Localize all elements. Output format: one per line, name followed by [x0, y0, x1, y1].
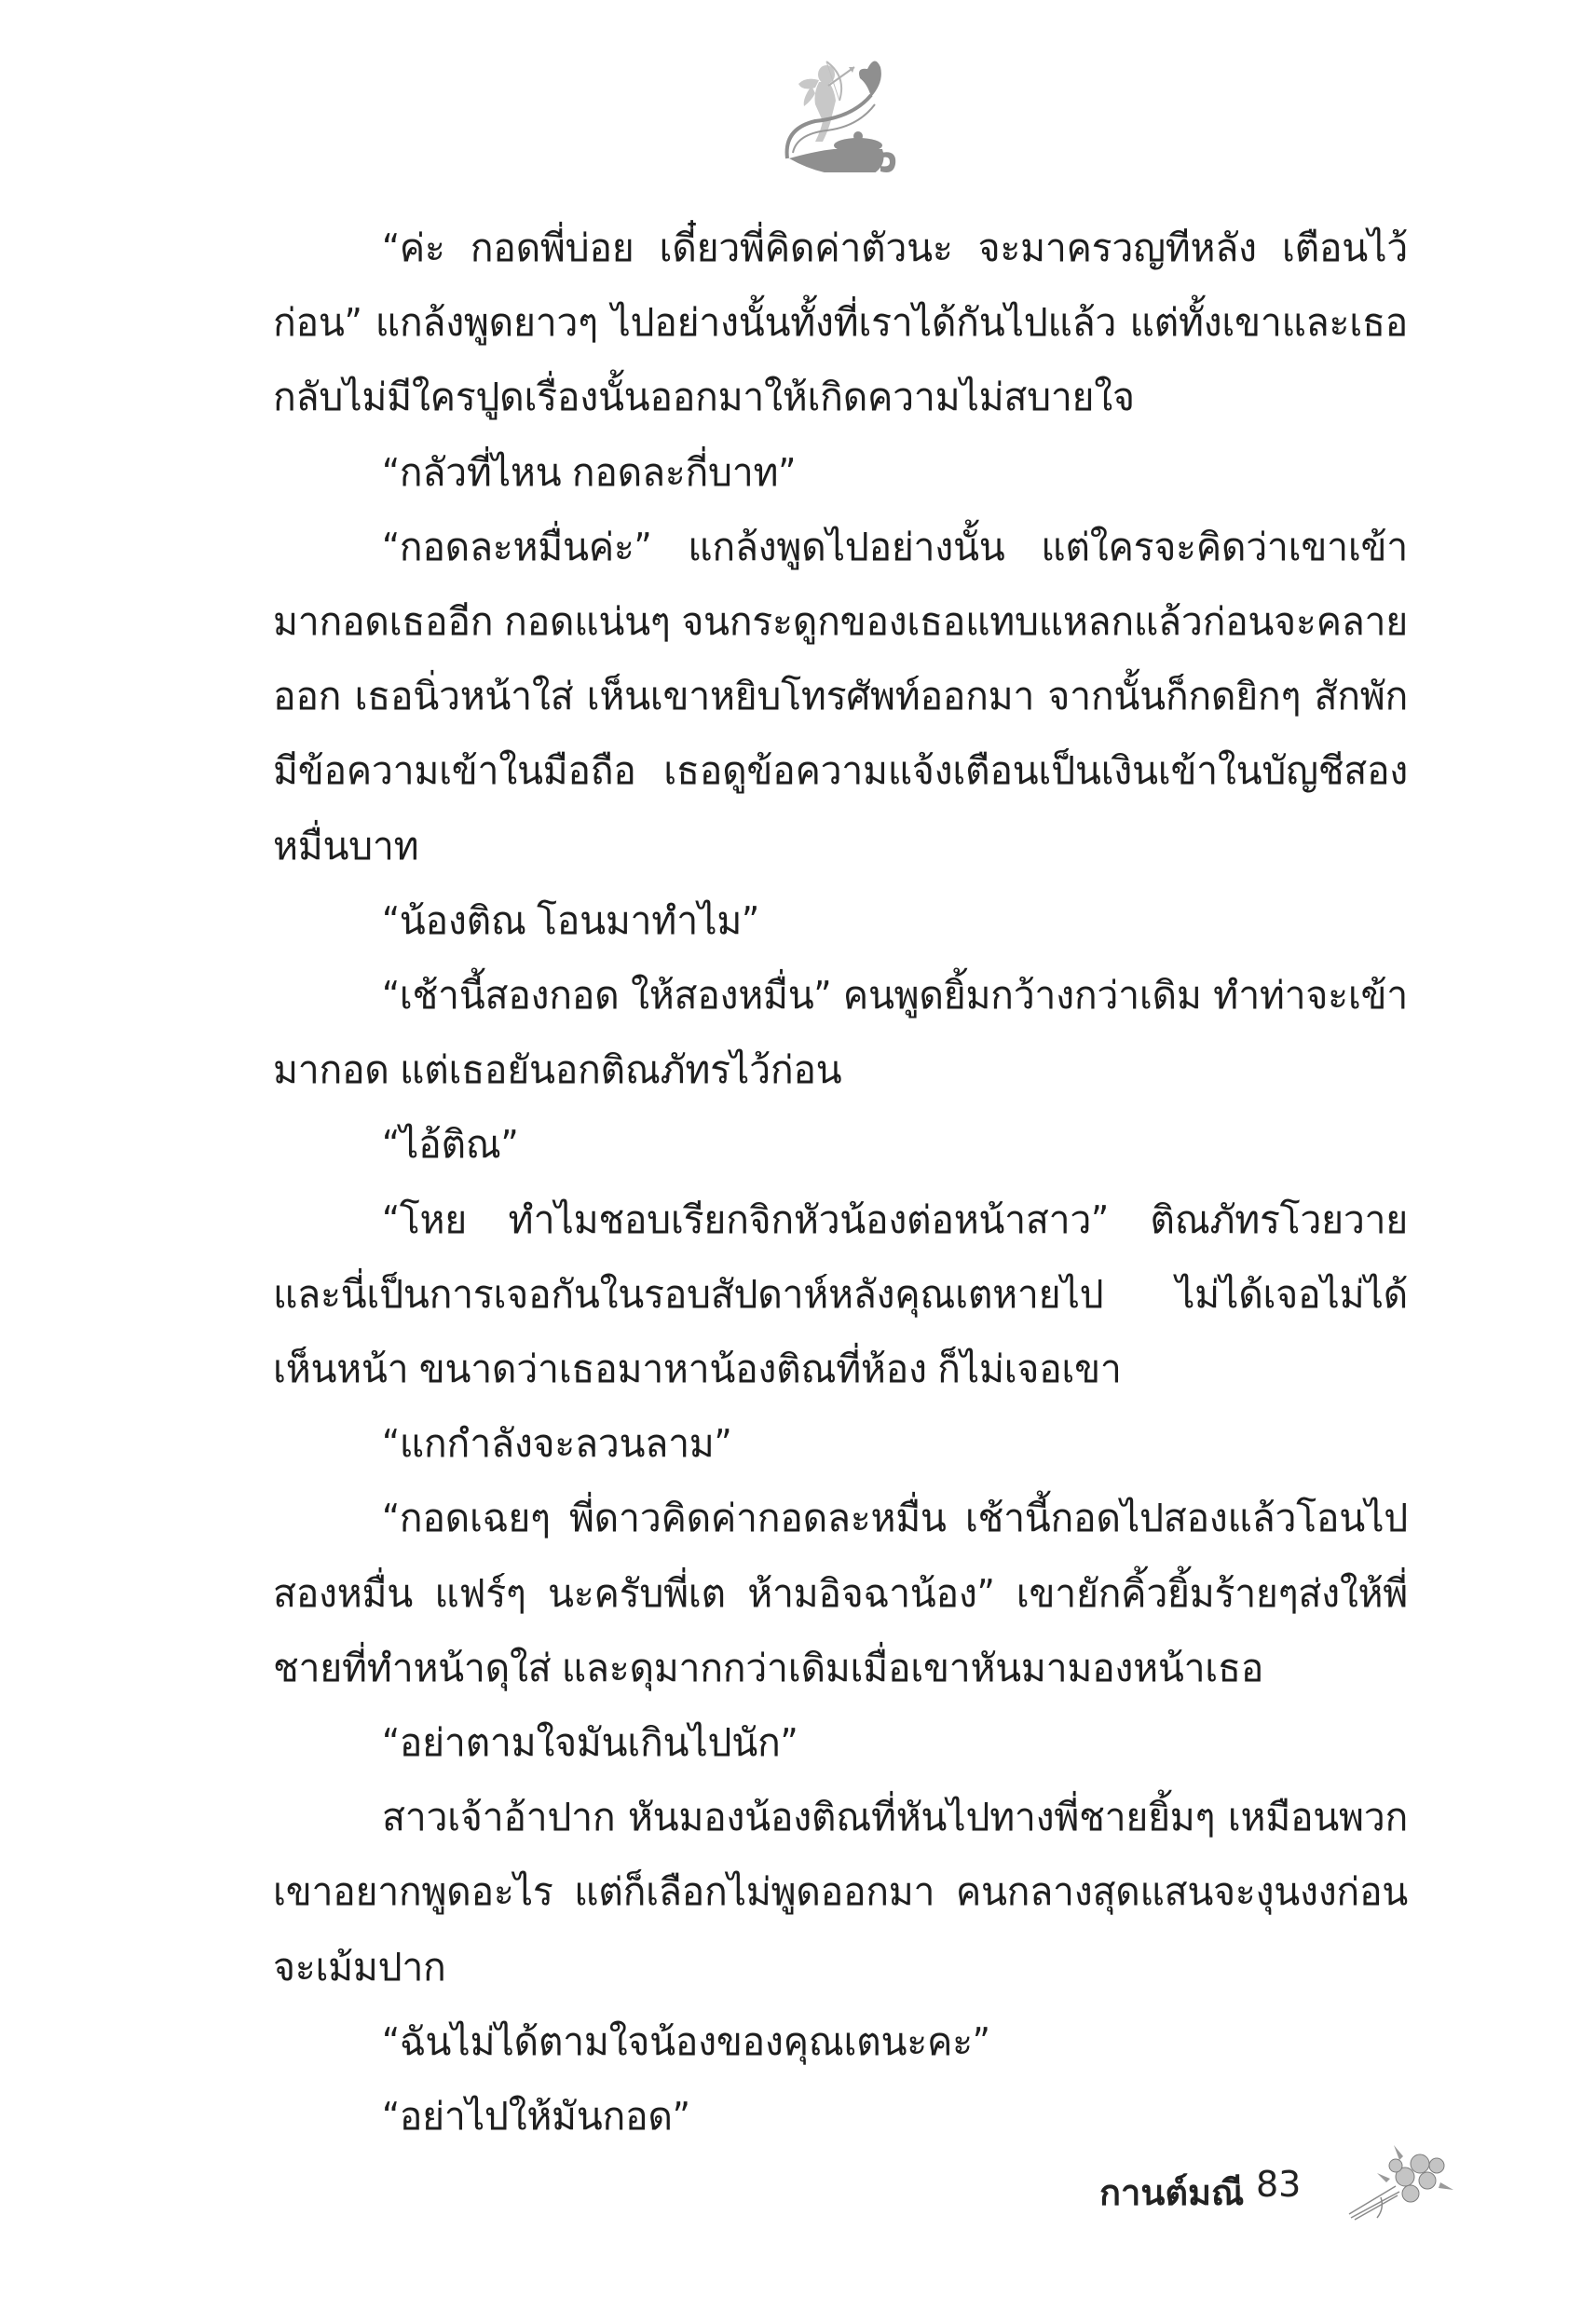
- paragraph: “ค่ะ กอดพี่บ่อย เดี๋ยวพี่คิดค่าตัวนะ จะม…: [273, 211, 1408, 435]
- paragraph: “โหย ทำไมชอบเรียกจิกหัวน้องต่อหน้าสาว” ต…: [273, 1183, 1408, 1407]
- paragraph: “กอดเฉยๆ พี่ดาวคิดค่ากอดละหมื่น เช้านี้ก…: [273, 1481, 1408, 1705]
- page-number: 83: [1256, 2164, 1301, 2205]
- paragraph: “น้องติณ โอนมาทำไม”: [273, 883, 1408, 958]
- paragraph: “ฉันไม่ได้ตามใจน้องของคุณเตนะคะ”: [273, 2004, 1408, 2079]
- paragraph: “อย่าไปให้มันกอด”: [273, 2079, 1408, 2154]
- paragraph: “แกกำลังจะลวนลาม”: [273, 1406, 1408, 1481]
- paragraph: “อย่าตามใจมันเกินไปนัก”: [273, 1705, 1408, 1780]
- page-footer: กานต์มณี 83: [1099, 2160, 1472, 2244]
- paragraph: “เช้านี้สองกอด ให้สองหมื่น” คนพูดยิ้มกว้…: [273, 958, 1408, 1107]
- cupid-lamp-icon: [778, 56, 899, 172]
- paragraph: สาวเจ้าอ้าปาก หันมองน้องติณที่หันไปทางพี…: [273, 1780, 1408, 2004]
- paragraph: “ไอ้ติณ”: [273, 1107, 1408, 1182]
- flower-bouquet-icon: [1344, 2140, 1455, 2223]
- paragraph: “กลัวที่ไหน กอดละกี่บาท”: [273, 435, 1408, 510]
- paragraph: “กอดละหมื่นค่ะ” แกล้งพูดไปอย่างนั้น แต่ใ…: [273, 510, 1408, 883]
- book-title: กานต์มณี: [1099, 2164, 1244, 2221]
- chapter-body: “ค่ะ กอดพี่บ่อย เดี๋ยวพี่คิดค่าตัวนะ จะม…: [273, 211, 1408, 2154]
